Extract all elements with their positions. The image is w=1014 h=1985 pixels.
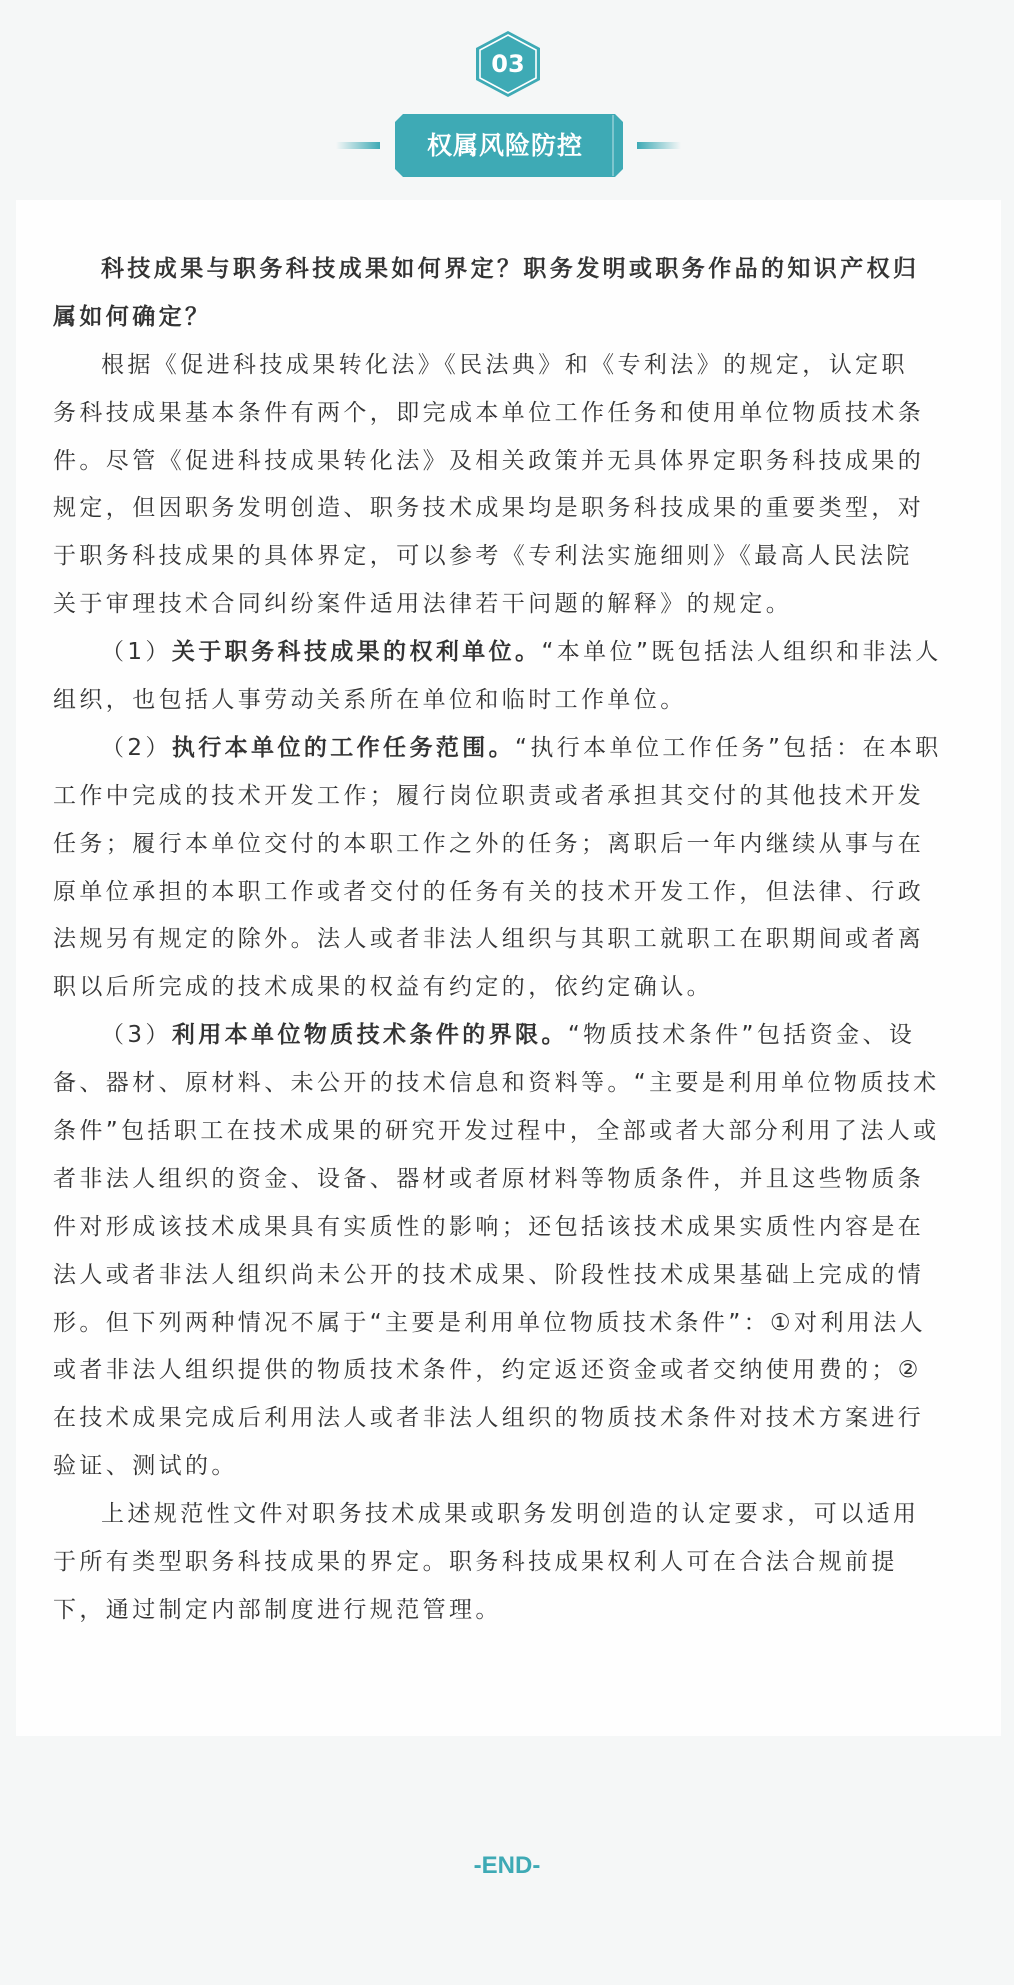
section-number: 03 (475, 30, 541, 98)
question-line: 科技成果与职务科技成果如何界定？职务发明或职务作品的知识产权归 (53, 246, 965, 294)
section-number-badge: 03 (475, 30, 541, 98)
item-text: “本单位”既包括法人组织和非法人 (541, 639, 941, 665)
text-line: 法人或者非法人组织尚未公开的技术成果、阶段性技术成果基础上完成的情 (53, 1252, 965, 1300)
text-line: 规定，但因职务发明创造、职务技术成果均是职务科技成果的重要类型，对 (53, 485, 965, 533)
text-line: 务科技成果基本条件有两个，即完成本单位工作任务和使用单位物质技术条 (53, 390, 965, 438)
section-title-banner: 权属风险防控 (395, 114, 623, 177)
text-line: 关于审理技术合同纠纷案件适用法律若干问题的解释》的规定。 (53, 581, 965, 629)
text-line: （3）利用本单位物质技术条件的界限。“物质技术条件”包括资金、设 (53, 1012, 965, 1060)
text-line: 条件”包括职工在技术成果的研究开发过程中，全部或者大部分利用了法人或 (53, 1108, 965, 1156)
decorative-line-left (336, 142, 380, 149)
section-header: 03 权属风险防控 (0, 0, 1014, 200)
paragraph-item-2: （2）执行本单位的工作任务范围。“执行本单位工作任务”包括：在本职 工作中完成的… (53, 725, 965, 1012)
text-line: 法规另有规定的除外。法人或者非法人组织与其职工就职工在职期间或者离 (53, 916, 965, 964)
text-line: 原单位承担的本职工作或者交付的任务有关的技术开发工作，但法律、行政 (53, 869, 965, 917)
text-line: 备、器材、原材料、未公开的技术信息和资料等。“主要是利用单位物质技术 (53, 1060, 965, 1108)
text-line: 下，通过制定内部制度进行规范管理。 (53, 1587, 965, 1635)
text-line: 形。但下列两种情况不属于“主要是利用单位物质技术条件”：①对利用法人 (53, 1300, 965, 1348)
text-line: 验证、测试的。 (53, 1443, 965, 1491)
paragraph-item-3: （3）利用本单位物质技术条件的界限。“物质技术条件”包括资金、设 备、器材、原材… (53, 1012, 965, 1491)
end-marker: -END- (0, 1852, 1014, 1880)
question-heading: 科技成果与职务科技成果如何界定？职务发明或职务作品的知识产权归 属如何确定？ (53, 246, 965, 342)
item-heading: 关于职务科技成果的权利单位。 (172, 639, 542, 665)
text-line: 在技术成果完成后利用法人或者非法人组织的物质技术条件对技术方案进行 (53, 1395, 965, 1443)
article-card: 科技成果与职务科技成果如何界定？职务发明或职务作品的知识产权归 属如何确定？ 根… (16, 200, 1001, 1736)
text-line: 工作中完成的技术开发工作；履行岗位职责或者承担其交付的其他技术开发 (53, 773, 965, 821)
text-line: 组织，也包括人事劳动关系所在单位和临时工作单位。 (53, 677, 965, 725)
text-line: 上述规范性文件对职务技术成果或职务发明创造的认定要求，可以适用 (53, 1491, 965, 1539)
text-line: （2）执行本单位的工作任务范围。“执行本单位工作任务”包括：在本职 (53, 725, 965, 773)
text-line: 职以后所完成的技术成果的权益有约定的，依约定确认。 (53, 964, 965, 1012)
item-number: （3） (101, 1022, 172, 1048)
item-heading: 执行本单位的工作任务范围。 (172, 735, 515, 761)
text-line: 任务；履行本单位交付的本职工作之外的任务；离职后一年内继续从事与在 (53, 821, 965, 869)
text-line: 根据《促进科技成果转化法》《民法典》和《专利法》的规定，认定职 (53, 342, 965, 390)
paragraph-conclusion: 上述规范性文件对职务技术成果或职务发明创造的认定要求，可以适用 于所有类型职务科… (53, 1491, 965, 1635)
article-body: 科技成果与职务科技成果如何界定？职务发明或职务作品的知识产权归 属如何确定？ 根… (53, 246, 965, 1635)
text-line: 件。尽管《促进科技成果转化法》及相关政策并无具体界定职务科技成果的 (53, 438, 965, 486)
text-line: 件对形成该技术成果具有实质性的影响；还包括该技术成果实质性内容是在 (53, 1204, 965, 1252)
decorative-line-right (637, 142, 681, 149)
section-title: 权属风险防控 (395, 114, 615, 177)
text-line: （1）关于职务科技成果的权利单位。“本单位”既包括法人组织和非法人 (53, 629, 965, 677)
paragraph-item-1: （1）关于职务科技成果的权利单位。“本单位”既包括法人组织和非法人 组织，也包括… (53, 629, 965, 725)
question-line: 属如何确定？ (53, 294, 965, 342)
item-heading: 利用本单位物质技术条件的界限。 (172, 1022, 568, 1048)
text-line: 者非法人组织的资金、设备、器材或者原材料等物质条件，并且这些物质条 (53, 1156, 965, 1204)
item-number: （1） (101, 639, 172, 665)
text-line: 于所有类型职务科技成果的界定。职务科技成果权利人可在合法合规前提 (53, 1539, 965, 1587)
item-text: “执行本单位工作任务”包括：在本职 (515, 735, 942, 761)
text-line: 于职务科技成果的具体界定，可以参考《专利法实施细则》《最高人民法院 (53, 533, 965, 581)
item-number: （2） (101, 735, 172, 761)
item-text: “物质技术条件”包括资金、设 (568, 1022, 915, 1048)
paragraph-legal-basis: 根据《促进科技成果转化法》《民法典》和《专利法》的规定，认定职 务科技成果基本条… (53, 342, 965, 629)
text-line: 或者非法人组织提供的物质技术条件，约定返还资金或者交纳使用费的；② (53, 1347, 965, 1395)
